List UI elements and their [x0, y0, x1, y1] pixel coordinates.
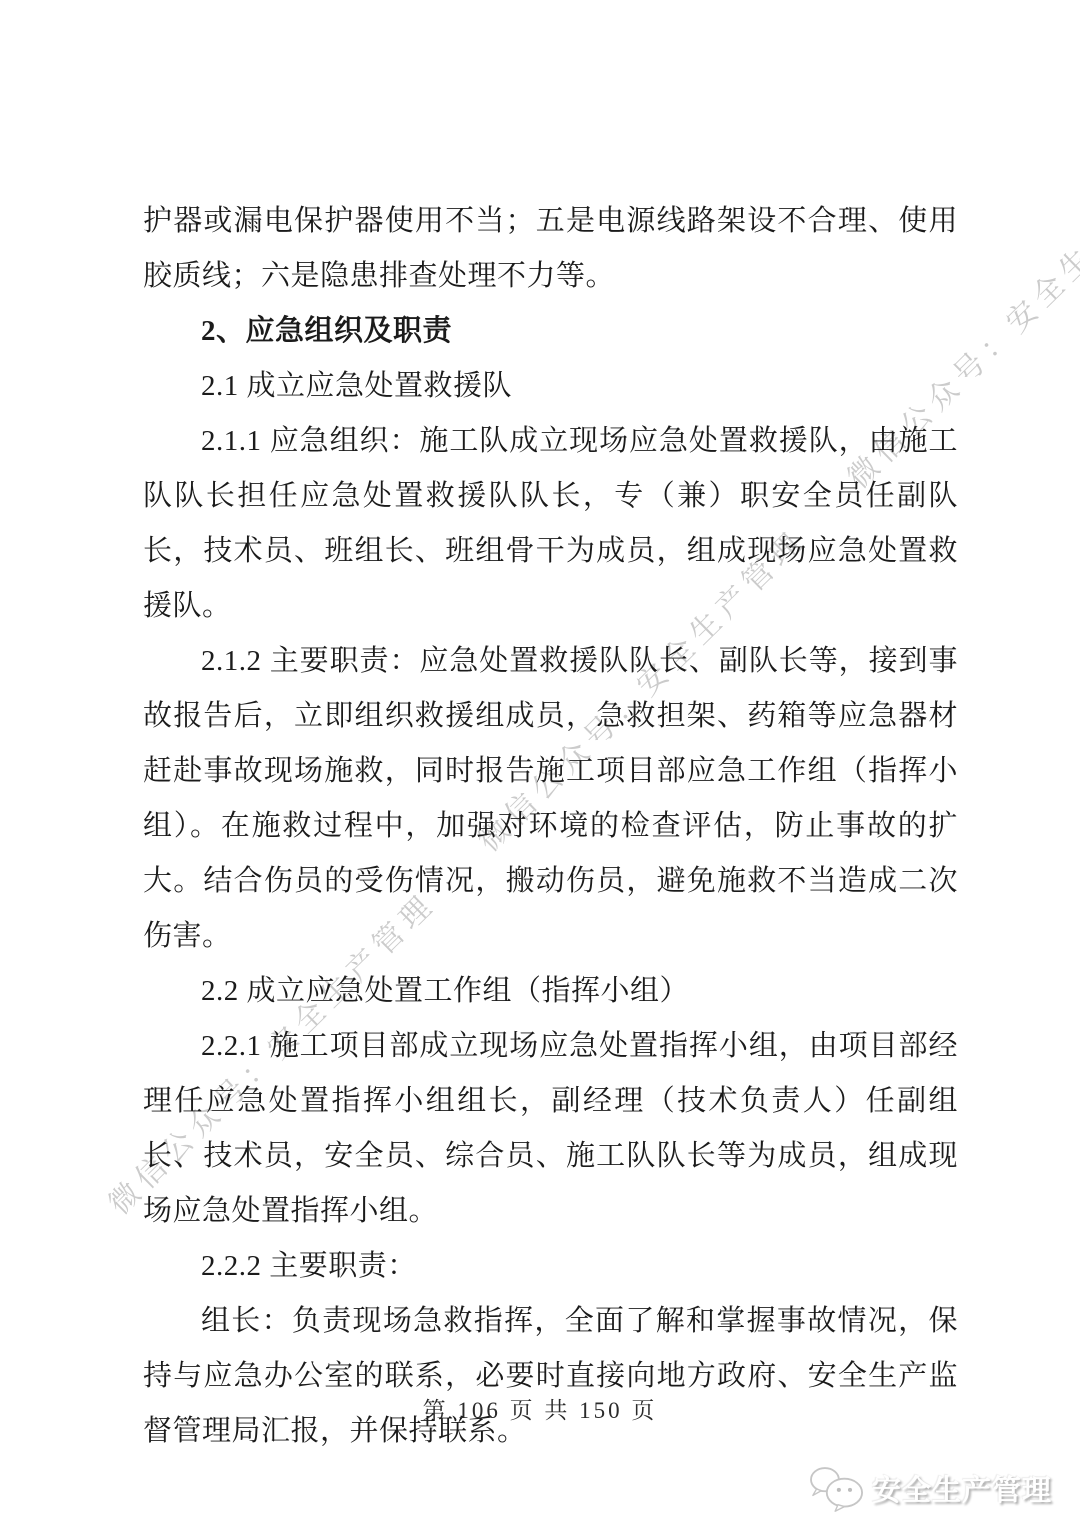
page-footer: 第 106 页 共 150 页 [0, 1392, 1080, 1425]
paragraph-2-1-2: 2.1.2 主要职责：应急处置救援队队长、副队长等，接到事故报告后，立即组织救援… [143, 634, 958, 964]
wechat-icon [807, 1462, 867, 1514]
paragraph-2-2-1: 2.2.1 施工项目部成立现场应急处置指挥小组，由项目部经理任应急处置指挥小组组… [143, 1019, 958, 1239]
heading-2-2-2: 2.2.2 主要职责： [143, 1239, 958, 1294]
heading-2-1: 2.1 成立应急处置救援队 [143, 359, 958, 414]
document-content: 护器或漏电保护器使用不当；五是电源线路架设不合理、使用胶质线；六是隐患排查处理不… [143, 194, 958, 1459]
page-number: 第 106 页 共 150 页 [423, 1398, 658, 1423]
paragraph-continuation: 护器或漏电保护器使用不当；五是电源线路架设不合理、使用胶质线；六是隐患排查处理不… [143, 194, 958, 304]
brand-label: 安全生产管理 [872, 1468, 1052, 1509]
heading-2-2: 2.2 成立应急处置工作组（指挥小组） [143, 964, 958, 1019]
heading-section-2: 2、应急组织及职责 [143, 304, 958, 359]
paragraph-2-1-1: 2.1.1 应急组织：施工队成立现场应急处置救援队，由施工队队长担任应急处置救援… [143, 414, 958, 634]
brand-footer: 安全生产管理 [807, 1462, 1052, 1514]
document-page: 微信公众号：安全生产管理 微信公众号：安全生产管理 微信公众号：安全生产管理 护… [0, 0, 1080, 1528]
paragraph-group-leader: 组长：负责现场急救指挥，全面了解和掌握事故情况，保持与应急办公室的联系，必要时直… [143, 1294, 958, 1459]
